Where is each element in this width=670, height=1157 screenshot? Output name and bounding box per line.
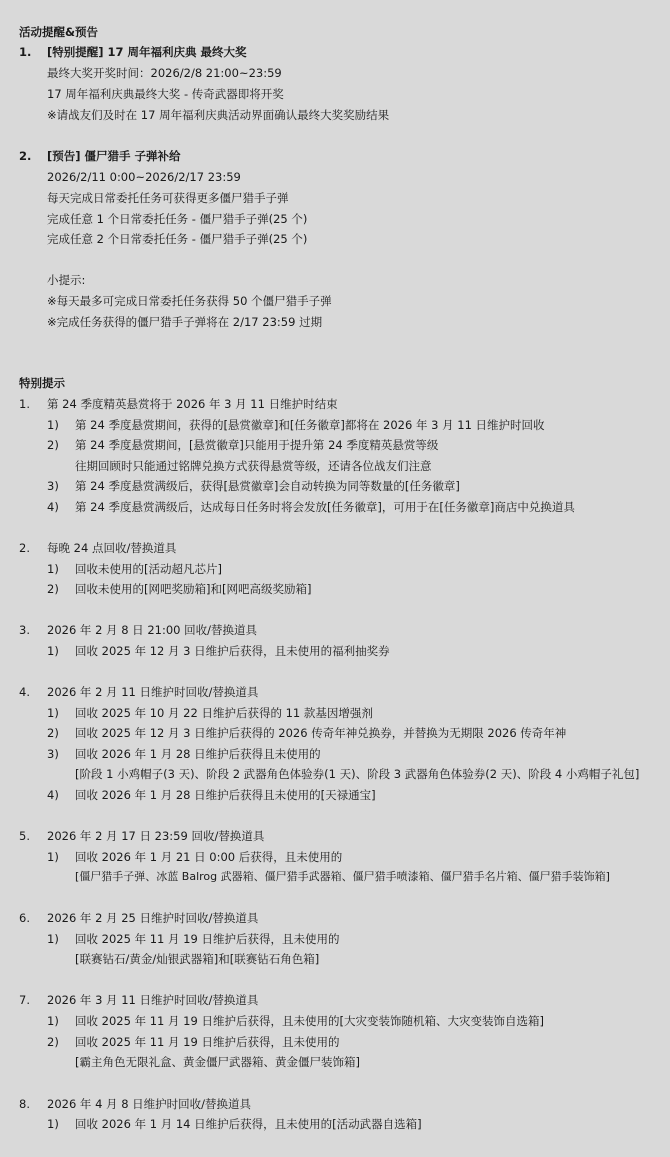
item-number: 1. bbox=[19, 396, 30, 412]
sub-item-number: 2) bbox=[47, 725, 59, 741]
item-line: ※请战友们及时在 17 周年福利庆典活动界面确认最终大奖奖励结果 bbox=[47, 107, 389, 123]
item-heading: 2026 年 2 月 11 日维护时回收/替换道具 bbox=[47, 684, 258, 700]
sub-item-line: 回收 2025 年 12 月 3 日维护后获得的 2026 传奇年神兑换券，并替… bbox=[75, 725, 566, 741]
sub-item-line: 回收 2026 年 1 月 14 日维护后获得，且未使用的[活动武器自选箱] bbox=[75, 1116, 422, 1132]
sub-item-number: 4) bbox=[47, 787, 59, 803]
sub-item-number: 2) bbox=[47, 437, 59, 453]
item-number: 4. bbox=[19, 684, 30, 700]
sub-item-line: 回收 2026 年 1 月 28 日维护后获得且未使用的 bbox=[75, 746, 321, 762]
sub-item-number: 1) bbox=[47, 931, 59, 947]
sub-item-line: [僵尸猎手子弹、冰蓝 Balrog 武器箱、僵尸猎手武器箱、僵尸猎手喷漆箱、僵尸… bbox=[75, 869, 610, 885]
item-heading: 2026 年 2 月 8 日 21:00 回收/替换道具 bbox=[47, 622, 257, 638]
sub-item-number: 1) bbox=[47, 417, 59, 433]
sub-item-line: [联赛钻石/黄金/灿银武器箱]和[联赛钻石角色箱] bbox=[75, 951, 319, 967]
sub-item-number: 1) bbox=[47, 561, 59, 577]
item-number: 2. bbox=[19, 148, 31, 164]
sub-item-line: 第 24 季度悬赏期间，[悬赏徽章]只能用于提升第 24 季度精英悬赏等级 bbox=[75, 437, 438, 453]
section-title-special-notice: 特别提示 bbox=[19, 375, 65, 391]
item-heading: 第 24 季度精英悬赏将于 2026 年 3 月 11 日维护时结束 bbox=[47, 396, 338, 412]
item-heading: [特别提醒] 17 周年福利庆典 最终大奖 bbox=[47, 44, 247, 60]
sub-item-number: 1) bbox=[47, 1013, 59, 1029]
sub-item-line: 第 24 季度悬赏满级后，获得[悬赏徽章]会自动转换为同等数量的[任务徽章] bbox=[75, 478, 460, 494]
item-heading: 2026 年 2 月 17 日 23:59 回收/替换道具 bbox=[47, 828, 264, 844]
item-heading: [预告] 僵尸猎手 子弹补给 bbox=[47, 148, 181, 164]
sub-item-line: 回收 2025 年 10 月 22 日维护后获得的 11 款基因增强剂 bbox=[75, 705, 373, 721]
notice-document: 活动提醒&预告 1. [特别提醒] 17 周年福利庆典 最终大奖 最终大奖开奖时… bbox=[0, 0, 670, 1157]
item-line: 17 周年福利庆典最终大奖 - 传奇武器即将开奖 bbox=[47, 86, 284, 102]
sub-item-line: 回收 2025 年 11 月 19 日维护后获得，且未使用的 bbox=[75, 1034, 339, 1050]
sub-item-line: 往期回顾时只能通过铭牌兑换方式获得悬赏等级，还请各位战友们注意 bbox=[75, 458, 432, 474]
item-heading: 每晚 24 点回收/替换道具 bbox=[47, 540, 176, 556]
item-line: ※完成任务获得的僵尸猎手子弹将在 2/17 23:59 过期 bbox=[47, 314, 322, 330]
item-number: 7. bbox=[19, 992, 30, 1008]
item-number: 5. bbox=[19, 828, 30, 844]
sub-item-line: [阶段 1 小鸡帽子(3 天)、阶段 2 武器角色体验券(1 天)、阶段 3 武… bbox=[75, 766, 639, 782]
item-number: 3. bbox=[19, 622, 30, 638]
item-line: ※每天最多可完成日常委托任务获得 50 个僵尸猎手子弹 bbox=[47, 293, 332, 309]
item-line: 完成任意 1 个日常委托任务 - 僵尸猎手子弹(25 个) bbox=[47, 211, 307, 227]
sub-item-number: 1) bbox=[47, 643, 59, 659]
item-heading: 2026 年 3 月 11 日维护时回收/替换道具 bbox=[47, 992, 258, 1008]
sub-item-line: 回收 2025 年 12 月 3 日维护后获得，且未使用的福利抽奖券 bbox=[75, 643, 390, 659]
sub-item-number: 1) bbox=[47, 1116, 59, 1132]
item-number: 1. bbox=[19, 44, 31, 60]
item-heading: 2026 年 2 月 25 日维护时回收/替换道具 bbox=[47, 910, 258, 926]
item-number: 2. bbox=[19, 540, 30, 556]
item-line: 最终大奖开奖时间：2026/2/8 21:00~23:59 bbox=[47, 65, 282, 81]
sub-item-line: 第 24 季度悬赏满级后，达成每日任务时将会发放[任务徽章]，可用于在[任务徽章… bbox=[75, 499, 575, 515]
sub-item-number: 4) bbox=[47, 499, 59, 515]
sub-item-line: 回收未使用的[活动超凡芯片] bbox=[75, 561, 222, 577]
sub-item-number: 2) bbox=[47, 581, 59, 597]
sub-item-line: 回收 2025 年 11 月 19 日维护后获得，且未使用的 bbox=[75, 931, 339, 947]
item-heading: 2026 年 4 月 8 日维护时回收/替换道具 bbox=[47, 1096, 251, 1112]
item-number: 8. bbox=[19, 1096, 30, 1112]
section-title-activity-reminder: 活动提醒&预告 bbox=[19, 24, 98, 40]
sub-item-number: 3) bbox=[47, 746, 59, 762]
item-line: 完成任意 2 个日常委托任务 - 僵尸猎手子弹(25 个) bbox=[47, 231, 307, 247]
tip-label: 小提示: bbox=[47, 272, 85, 288]
sub-item-line: 回收 2026 年 1 月 28 日维护后获得且未使用的[天禄通宝] bbox=[75, 787, 376, 803]
sub-item-line: 回收 2026 年 1 月 21 日 0:00 后获得，且未使用的 bbox=[75, 849, 342, 865]
sub-item-number: 2) bbox=[47, 1034, 59, 1050]
item-line: 每天完成日常委托任务可获得更多僵尸猎手子弹 bbox=[47, 190, 289, 206]
sub-item-line: [霸主角色无限礼盒、黄金僵尸武器箱、黄金僵尸装饰箱] bbox=[75, 1054, 360, 1070]
sub-item-number: 1) bbox=[47, 705, 59, 721]
sub-item-line: 回收 2025 年 11 月 19 日维护后获得，且未使用的[大灾变装饰随机箱、… bbox=[75, 1013, 544, 1029]
sub-item-line: 第 24 季度悬赏期间，获得的[悬赏徽章]和[任务徽章]都将在 2026 年 3… bbox=[75, 417, 545, 433]
item-number: 6. bbox=[19, 910, 30, 926]
sub-item-number: 3) bbox=[47, 478, 59, 494]
sub-item-line: 回收未使用的[网吧奖励箱]和[网吧高级奖励箱] bbox=[75, 581, 311, 597]
sub-item-number: 1) bbox=[47, 849, 59, 865]
item-line: 2026/2/11 0:00~2026/2/17 23:59 bbox=[47, 169, 241, 185]
